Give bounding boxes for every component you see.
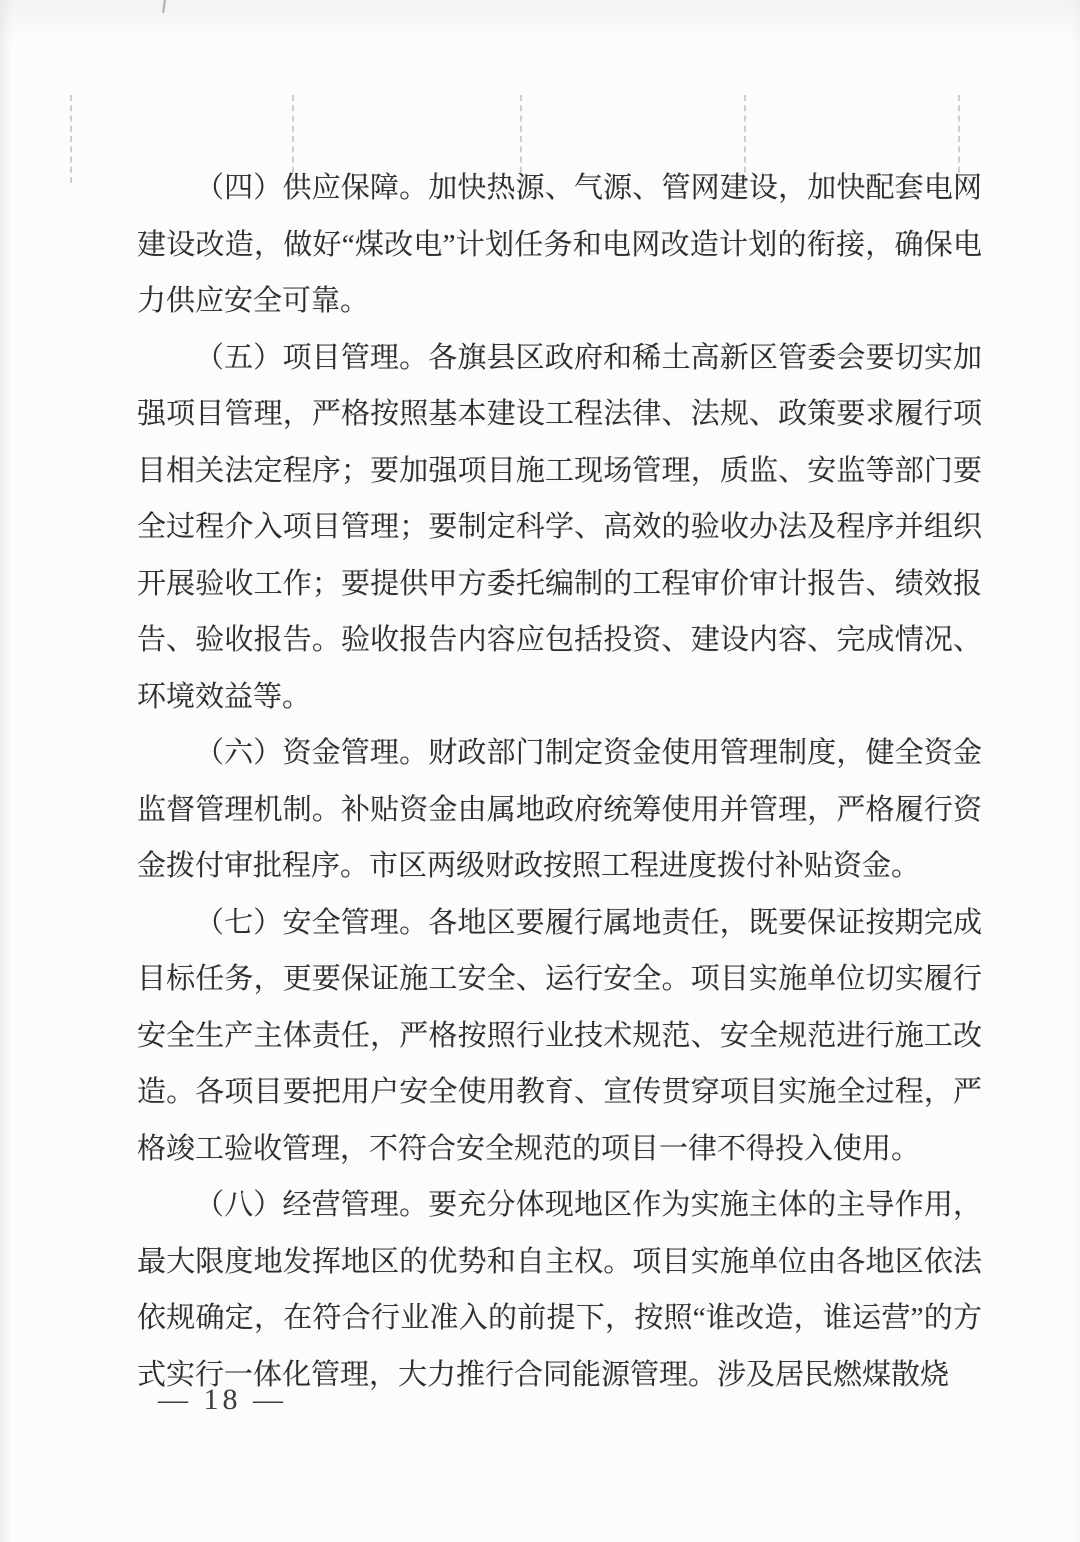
document-body: （四）供应保障。加快热源、气源、管网建设，加快配套电网建设改造，做好“煤改电”计… xyxy=(137,160,982,1403)
page-number: — 18 — xyxy=(158,1383,287,1417)
paragraph-item-5-project-management: （五）项目管理。各旗县区政府和稀土高新区管委会要切实加强项目管理，严格按照基本建… xyxy=(137,330,982,726)
scan-fold-mark xyxy=(70,95,72,183)
paragraph-item-7-safety-management: （七）安全管理。各地区要履行属地责任，既要保证按期完成目标任务，更要保证施工安全… xyxy=(137,895,982,1178)
paragraph-item-6-fund-management: （六）资金管理。财政部门制定资金使用管理制度，健全资金监督管理机制。补贴资金由属… xyxy=(137,725,982,895)
paragraph-item-4-supply-guarantee: （四）供应保障。加快热源、气源、管网建设，加快配套电网建设改造，做好“煤改电”计… xyxy=(137,160,982,330)
scan-edge-tick xyxy=(162,0,166,13)
document-page: （四）供应保障。加快热源、气源、管网建设，加快配套电网建设改造，做好“煤改电”计… xyxy=(0,0,1080,1542)
paragraph-item-8-operation-management: （八）经营管理。要充分体现地区作为实施主体的主导作用，最大限度地发挥地区的优势和… xyxy=(137,1177,982,1403)
